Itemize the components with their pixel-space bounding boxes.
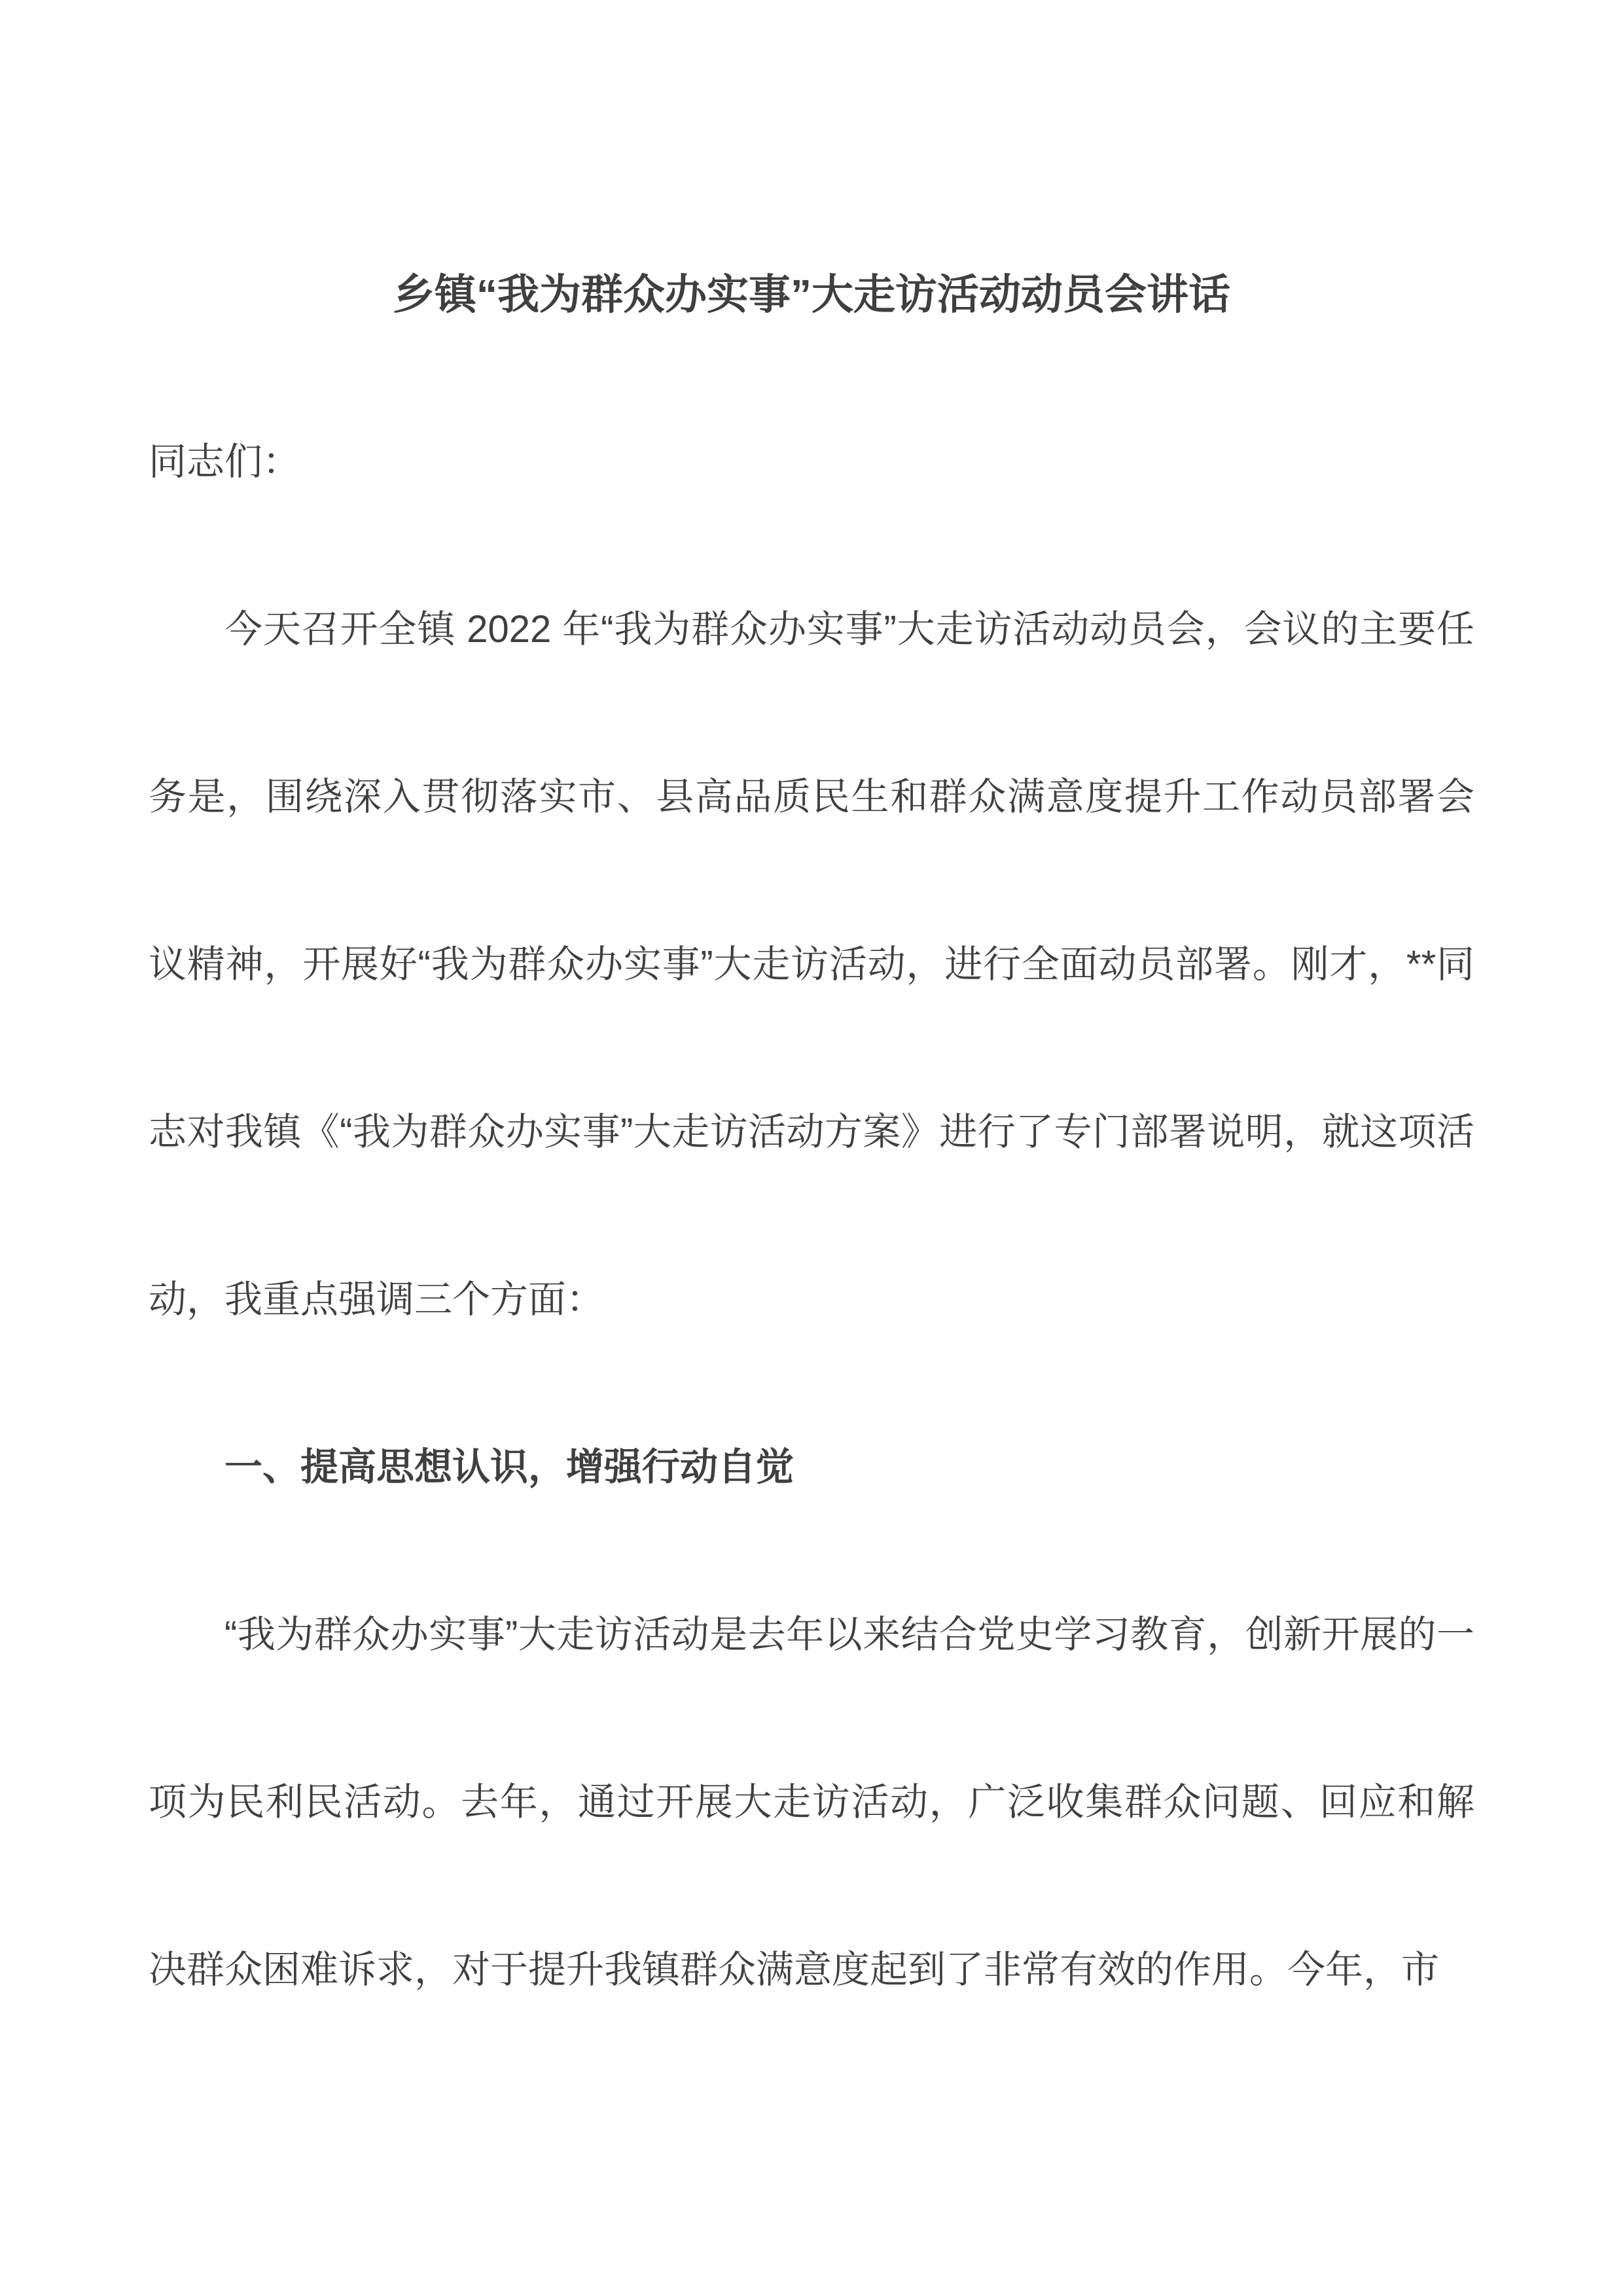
paragraph-intro: 今天召开全镇 2022 年“我为群众办实事”大走访活动动员会，会议的主要任务是，… <box>149 546 1474 1384</box>
document-page: 乡镇“我为群众办实事”大走访活动动员会讲话 同志们： 今天召开全镇 2022 年… <box>0 0 1623 2296</box>
salutation: 同志们： <box>149 378 1474 546</box>
paragraph-section-1-body: “我为群众办实事”大走访活动是去年以来结合党史学习教育，创新开展的一项为民利民活… <box>149 1551 1474 2054</box>
document-content: 乡镇“我为群众办实事”大走访活动动员会讲话 同志们： 今天召开全镇 2022 年… <box>149 211 1474 2054</box>
section-heading-1: 一、提高思想认识，增强行动自觉 <box>149 1384 1474 1551</box>
document-title: 乡镇“我为群众办实事”大走访活动动员会讲话 <box>149 211 1474 378</box>
